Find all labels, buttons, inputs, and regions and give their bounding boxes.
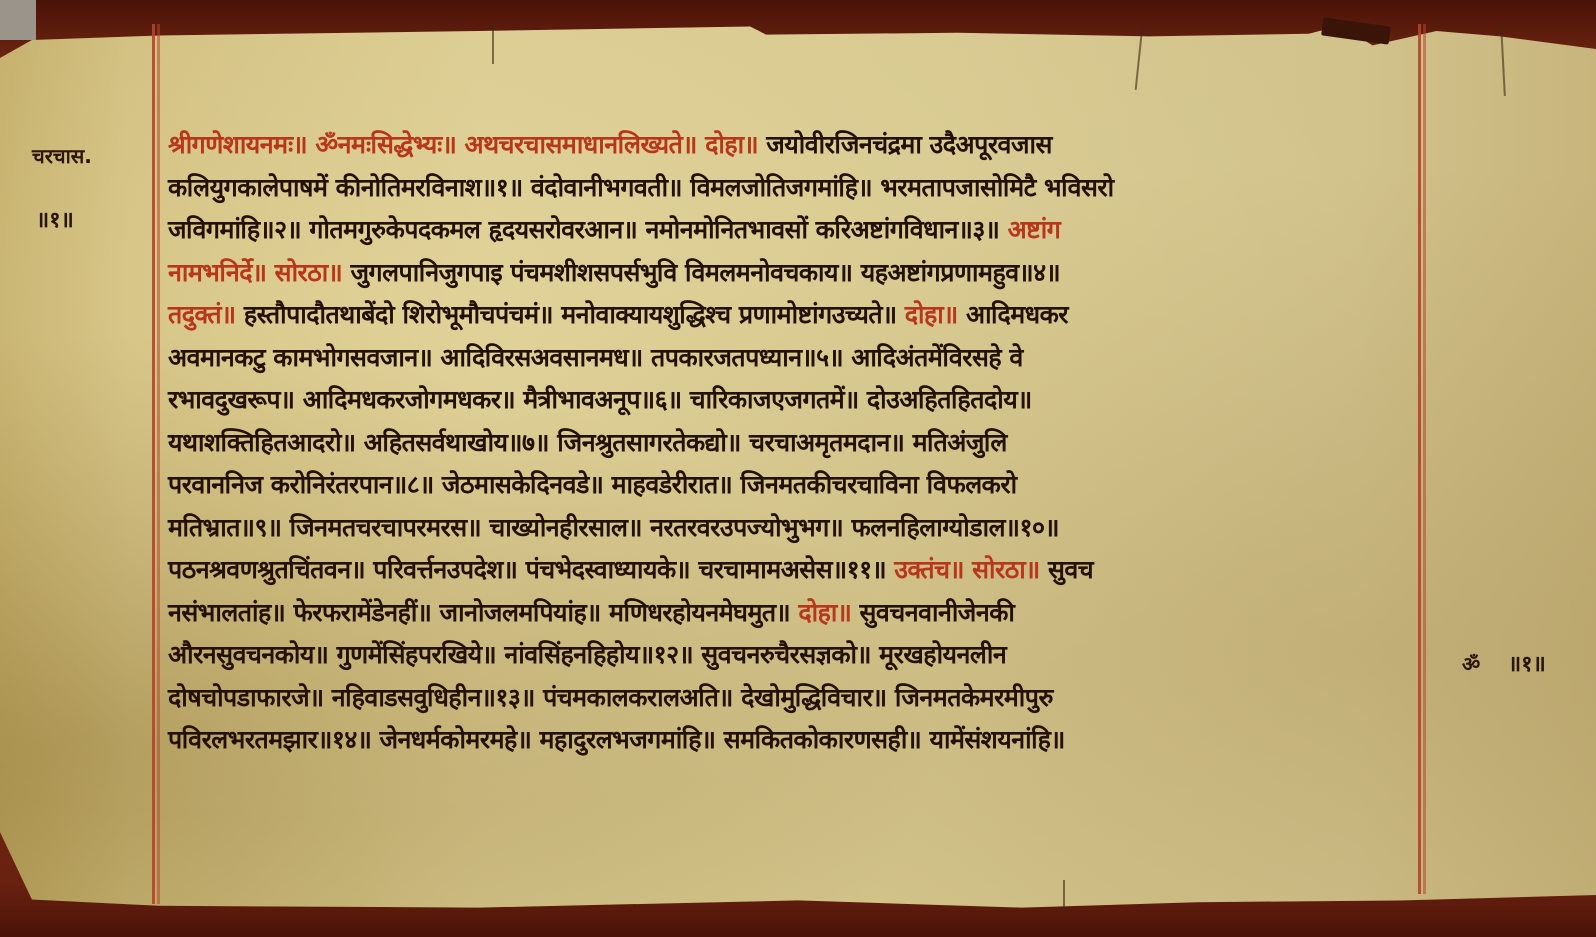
body-text: यथाशक्तिहितआदरो॥ अहितसर्वथाखोय॥७॥ जिनश्र… — [168, 428, 1007, 457]
manuscript-line: नामभनिर्दे॥ सोरठा॥ जुगलपानिजुगपाइ पंचमशी… — [168, 252, 1418, 295]
manuscript-line: औरनसुवचनकोय॥ गुणमेंसिंहपरखिये॥ नांवसिंहन… — [168, 634, 1418, 677]
manuscript-line: यथाशक्तिहितआदरो॥ अहितसर्वथाखोय॥७॥ जिनश्र… — [168, 422, 1418, 465]
body-text: नसंभालतांह॥ फेरफरामेंडेनहीं॥ जानोजलमपिया… — [168, 598, 798, 627]
manuscript-line: तदुक्तं॥ हस्तौपादौतथाबेंदो शिरोभूमौचपंचम… — [168, 294, 1418, 337]
crack-top-center — [492, 24, 494, 64]
manuscript-line: पठनश्रवणश्रुतचिंतवन॥ परिवर्त्तनउपदेश॥ पं… — [168, 549, 1418, 592]
rubric-text: श्रीगणेशायनमः॥ ॐनमःसिद्धेभ्यः॥ अथचरचासमा… — [168, 130, 766, 159]
rubric-text: तदुक्तं॥ — [168, 300, 244, 329]
body-text: रभावदुखरूप॥ आदिमधकरजोगमधकर॥ मैत्रीभावअनू… — [168, 385, 1032, 414]
manuscript-line: रभावदुखरूप॥ आदिमधकरजोगमधकर॥ मैत्रीभावअनू… — [168, 379, 1418, 422]
manuscript-line: दोषचोपडाफारजे॥ नहिवाडसवुधिहीन॥१३॥ पंचमका… — [168, 677, 1418, 720]
body-text: सुवचनवानीजेनकी — [860, 598, 1015, 627]
manuscript-line: नसंभालतांह॥ फेरफरामेंडेनहीं॥ जानोजलमपिया… — [168, 592, 1418, 635]
folio-number-right: ॥१॥ — [1508, 648, 1546, 678]
manuscript-line: पविरलभरतमझार॥१४॥ जेनधर्मकोमरमहे॥ महादुरल… — [168, 719, 1418, 762]
rubric-text: अष्टांग — [1008, 215, 1061, 244]
manuscript-line: श्रीगणेशायनमः॥ ॐनमःसिद्धेभ्यः॥ अथचरचासमा… — [168, 124, 1418, 167]
body-text: पठनश्रवणश्रुतचिंतवन॥ परिवर्त्तनउपदेश॥ पं… — [168, 555, 894, 584]
rubric-text: दोहा॥ — [905, 300, 966, 329]
body-text: जयोवीरजिनचंद्रमा उदैअपूरवजास — [766, 130, 1052, 159]
body-text: औरनसुवचनकोय॥ गुणमेंसिंहपरखिये॥ नांवसिंहन… — [168, 640, 1006, 669]
background-corner — [0, 0, 36, 40]
rubric-text: नामभनिर्दे॥ सोरठा॥ — [168, 258, 350, 287]
body-text: कलियुगकालेपाषमें कीनोतिमरविनाश॥१॥ वंदोवा… — [168, 173, 1114, 202]
manuscript-line: कलियुगकालेपाषमें कीनोतिमरविनाश॥१॥ वंदोवा… — [168, 167, 1418, 210]
body-text: दोषचोपडाफारजे॥ नहिवाडसवुधिहीन॥१३॥ पंचमका… — [168, 683, 1053, 712]
body-text: जविगमांहि॥२॥ गोतमगुरुकेपदकमल हृदयसरोवरआन… — [168, 215, 1008, 244]
manuscript-line: परवाननिज करोनिरंतरपान॥८॥ जेठमासकेदिनवडे॥… — [168, 464, 1418, 507]
folio-number-left: ॥१॥ — [36, 204, 74, 234]
manuscript-line: अवमानकटु कामभोगसवजान॥ आदिविरसअवसानमध॥ तप… — [168, 337, 1418, 380]
margin-rule-right — [1418, 24, 1421, 894]
body-text: हस्तौपादौतथाबेंदो शिरोभूमौचपंचमं॥ मनोवाक… — [244, 300, 905, 329]
margin-mark-right: ॐ — [1462, 650, 1480, 677]
body-text: परवाननिज करोनिरंतरपान॥८॥ जेठमासकेदिनवडे॥… — [168, 470, 1017, 499]
manuscript-line: मतिभ्रात॥९॥ जिनमतचरचापरमरस॥ चाख्योनहीरसा… — [168, 507, 1418, 550]
crack-bottom — [1063, 880, 1065, 912]
margin-title: चरचास. — [32, 142, 92, 169]
body-text: आदिमधकर — [966, 300, 1068, 329]
body-text: मतिभ्रात॥९॥ जिनमतचरचापरमरस॥ चाख्योनहीरसा… — [168, 513, 1059, 542]
body-text: सुवच — [1048, 555, 1093, 584]
margin-rule-left — [152, 24, 155, 904]
body-text: अवमानकटु कामभोगसवजान॥ आदिविरसअवसानमध॥ तप… — [168, 343, 1023, 372]
rubric-text: दोहा॥ — [798, 598, 859, 627]
manuscript-text: श्रीगणेशायनमः॥ ॐनमःसिद्धेभ्यः॥ अथचरचासमा… — [168, 124, 1418, 762]
body-text: जुगलपानिजुगपाइ पंचमशीशसपर्सभुवि विमलमनोव… — [350, 258, 1060, 287]
manuscript-line: जविगमांहि॥२॥ गोतमगुरुकेपदकमल हृदयसरोवरआन… — [168, 209, 1418, 252]
body-text: पविरलभरतमझार॥१४॥ जेनधर्मकोमरमहे॥ महादुरल… — [168, 725, 1065, 754]
rubric-text: उक्तंच॥ सोरठा॥ — [894, 555, 1048, 584]
